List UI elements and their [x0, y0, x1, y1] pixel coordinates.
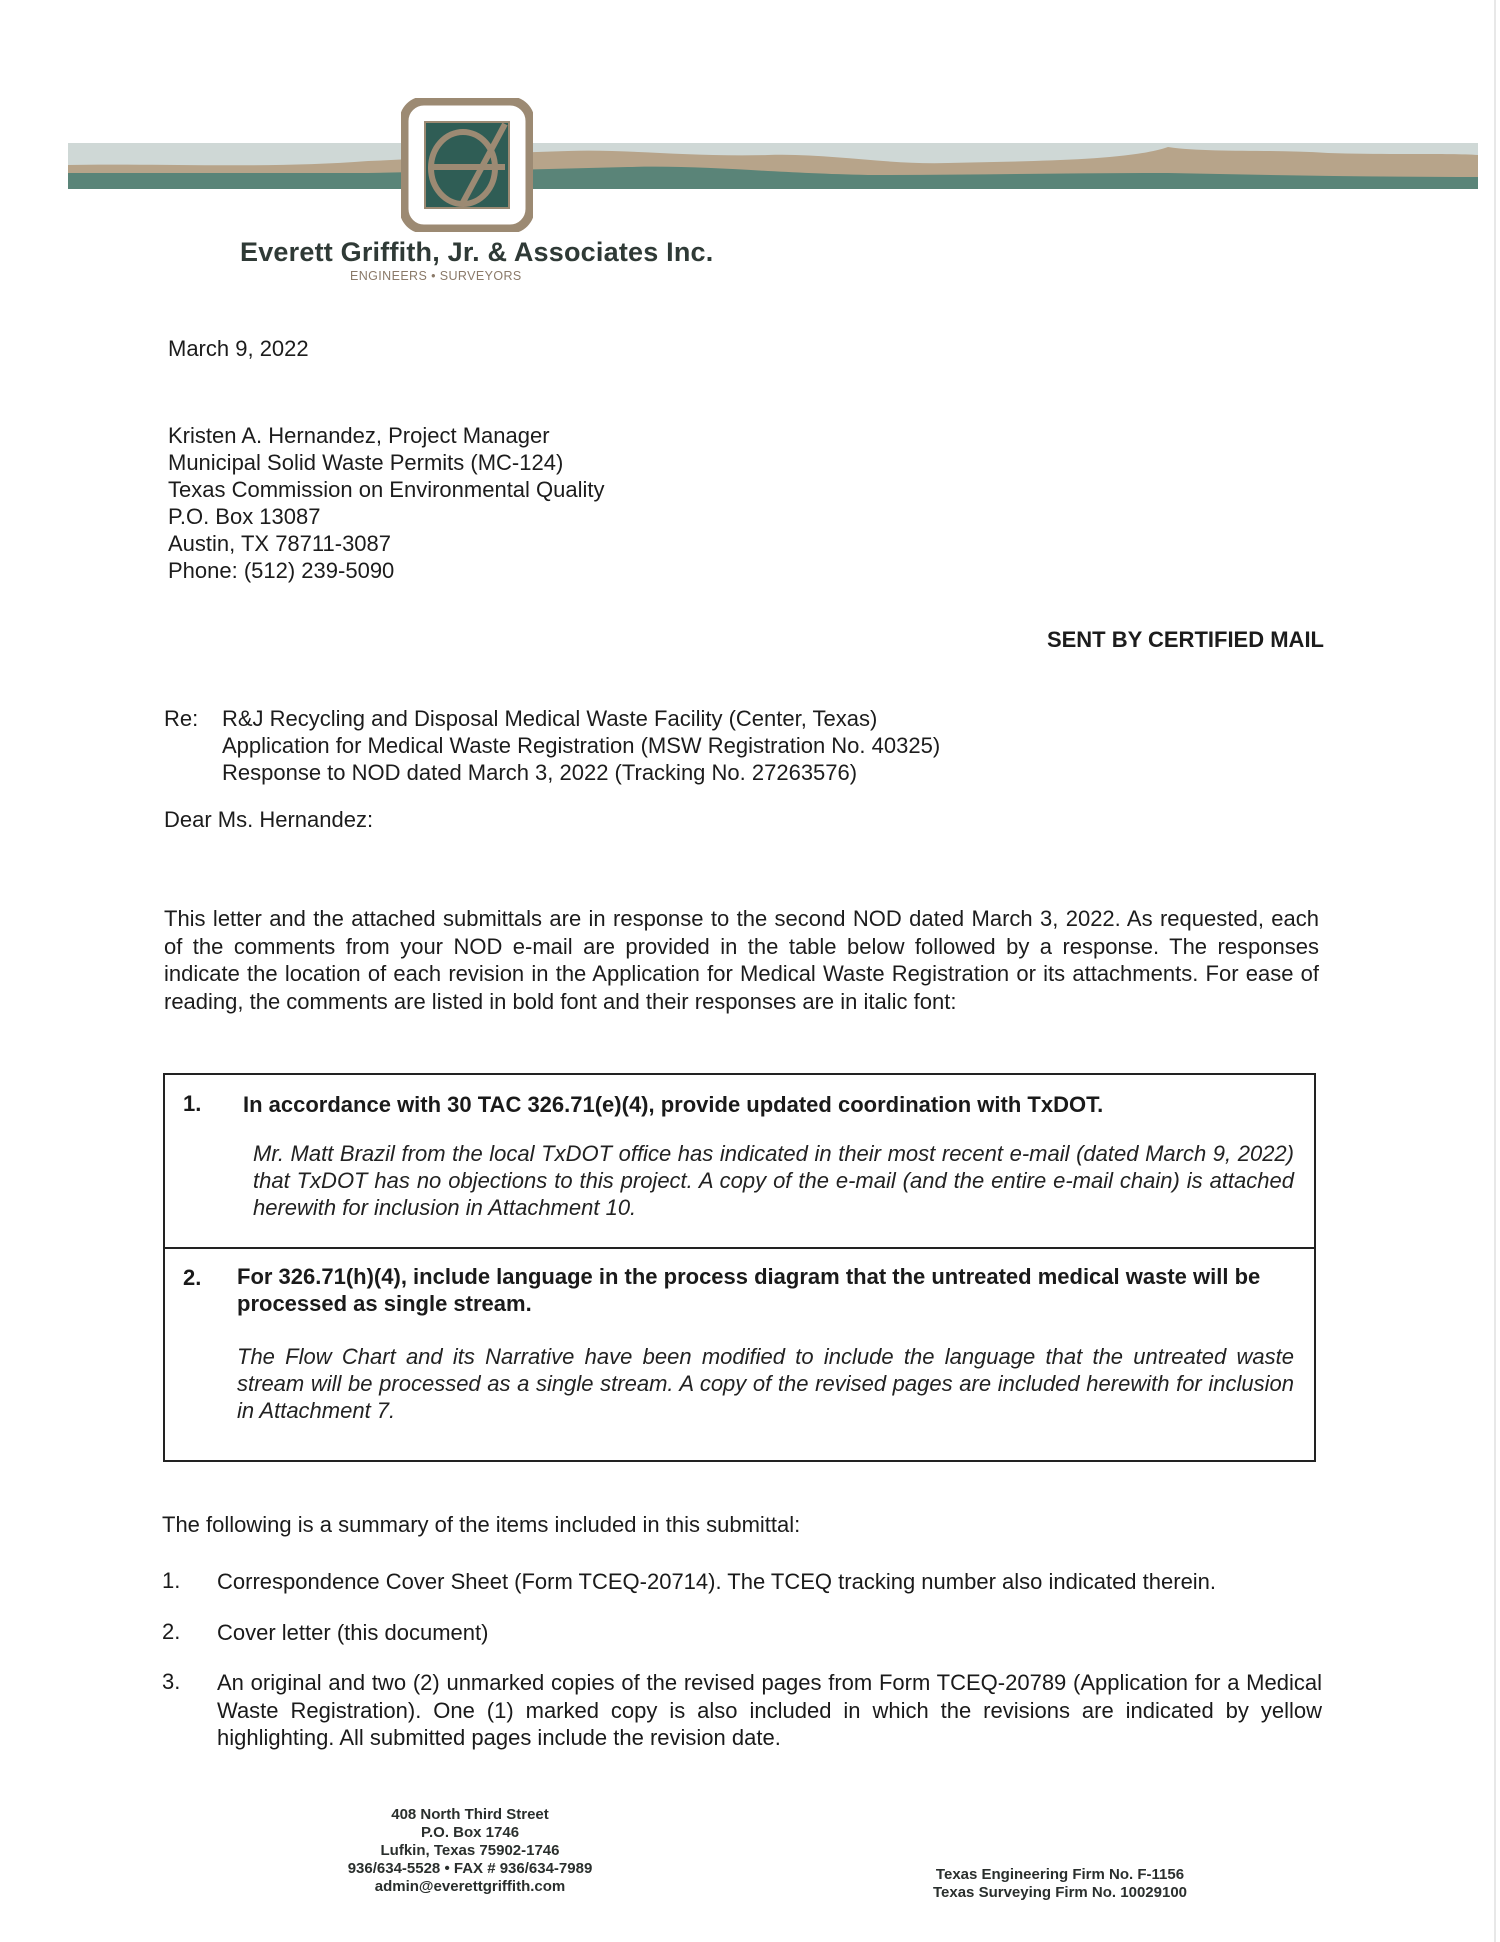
nod-item: 1. In accordance with 30 TAC 326.71(e)(4… [165, 1075, 1314, 1247]
summary-item-text: An original and two (2) unmarked copies … [217, 1669, 1322, 1752]
nod-response: Mr. Matt Brazil from the local TxDOT off… [253, 1140, 1294, 1221]
subject-lines: R&J Recycling and Disposal Medical Waste… [222, 705, 940, 786]
summary-item-text: Correspondence Cover Sheet (Form TCEQ-20… [217, 1568, 1322, 1596]
nod-response: The Flow Chart and its Narrative have be… [237, 1343, 1294, 1424]
footer-registrations: Texas Engineering Firm No. F-1156 Texas … [880, 1866, 1240, 1902]
salutation: Dear Ms. Hernandez: [164, 806, 373, 833]
delivery-method: SENT BY CERTIFIED MAIL [1047, 626, 1324, 653]
surveying-firm-number: Texas Surveying Firm No. 10029100 [880, 1884, 1240, 1902]
company-tagline: ENGINEERS • SURVEYORS [350, 269, 522, 283]
scan-edge-line [1494, 0, 1496, 1942]
subject-line: Application for Medical Waste Registrati… [222, 732, 940, 759]
recipient-line: Phone: (512) 239-5090 [168, 557, 605, 584]
summary-intro: The following is a summary of the items … [162, 1511, 800, 1538]
nod-comment: For 326.71(h)(4), include language in th… [237, 1263, 1294, 1317]
company-name: Everett Griffith, Jr. & Associates Inc. [240, 237, 713, 268]
footer-address-line: 408 North Third Street [300, 1806, 640, 1824]
summary-list: 1. Correspondence Cover Sheet (Form TCEQ… [162, 1568, 1322, 1775]
nod-item-number: 2. [183, 1265, 201, 1291]
recipient-line: Austin, TX 78711-3087 [168, 530, 605, 557]
summary-item: 1. Correspondence Cover Sheet (Form TCEQ… [162, 1568, 1322, 1596]
recipient-line: Texas Commission on Environmental Qualit… [168, 476, 605, 503]
nod-item: 2. For 326.71(h)(4), include language in… [165, 1247, 1314, 1460]
recipient-line: Municipal Solid Waste Permits (MC-124) [168, 449, 605, 476]
re-label: Re: [164, 705, 198, 732]
subject-line: Response to NOD dated March 3, 2022 (Tra… [222, 759, 940, 786]
footer-email: admin@everettgriffith.com [300, 1878, 640, 1896]
summary-item: 3. An original and two (2) unmarked copi… [162, 1669, 1322, 1752]
summary-item-number: 2. [162, 1619, 180, 1645]
subject-line: R&J Recycling and Disposal Medical Waste… [222, 705, 940, 732]
intro-paragraph: This letter and the attached submittals … [164, 905, 1319, 1015]
nod-response-table: 1. In accordance with 30 TAC 326.71(e)(4… [163, 1073, 1316, 1462]
recipient-address: Kristen A. Hernandez, Project Manager Mu… [168, 422, 605, 584]
summary-item-number: 3. [162, 1669, 180, 1695]
eg-monogram-logo-icon [401, 98, 533, 232]
footer-address: 408 North Third Street P.O. Box 1746 Luf… [300, 1806, 640, 1896]
footer-address-line: Lufkin, Texas 75902-1746 [300, 1842, 640, 1860]
recipient-line: P.O. Box 13087 [168, 503, 605, 530]
footer-phone-fax: 936/634-5528 • FAX # 936/634-7989 [300, 1860, 640, 1878]
nod-comment: In accordance with 30 TAC 326.71(e)(4), … [243, 1091, 1294, 1118]
summary-item-text: Cover letter (this document) [217, 1619, 1322, 1647]
engineering-firm-number: Texas Engineering Firm No. F-1156 [880, 1866, 1240, 1884]
company-logo [401, 98, 533, 232]
letter-date: March 9, 2022 [168, 335, 309, 362]
summary-item: 2. Cover letter (this document) [162, 1619, 1322, 1647]
nod-item-number: 1. [183, 1091, 201, 1117]
footer-address-line: P.O. Box 1746 [300, 1824, 640, 1842]
letterhead-banner [68, 143, 1478, 189]
summary-item-number: 1. [162, 1568, 180, 1594]
recipient-line: Kristen A. Hernandez, Project Manager [168, 422, 605, 449]
